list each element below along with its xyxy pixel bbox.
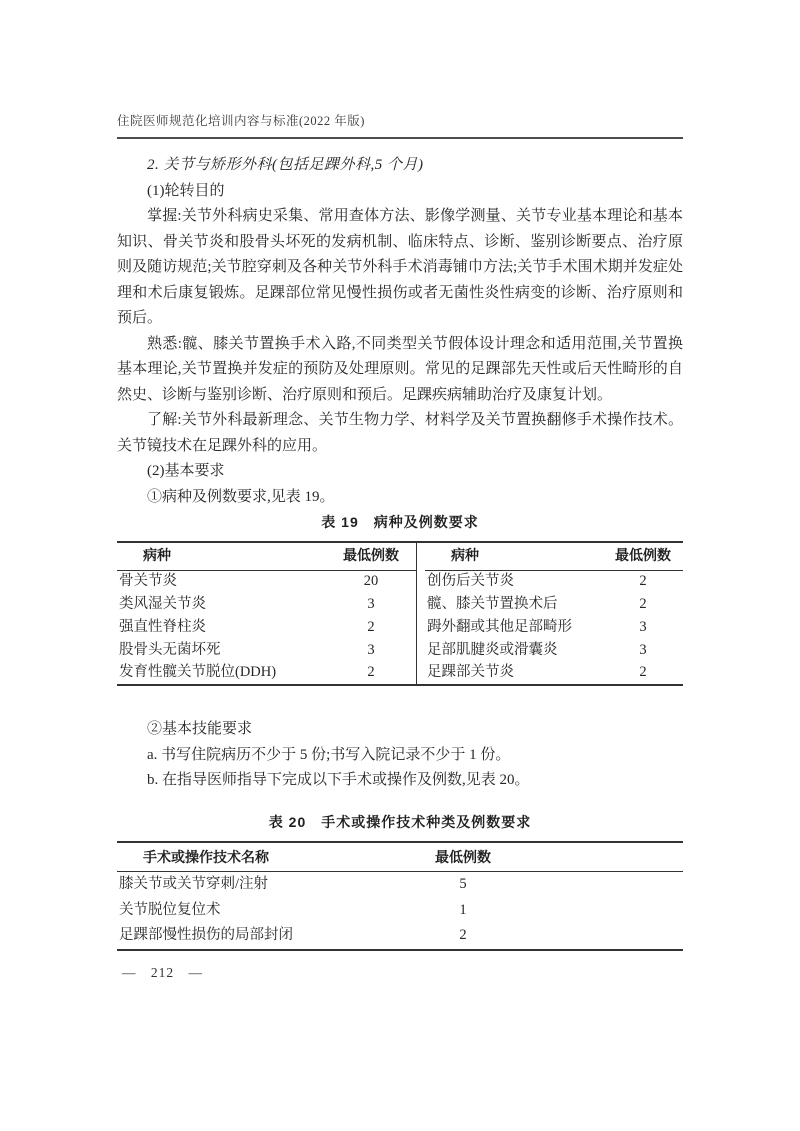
table-row: 足踝部慢性损伤的局部封闭 2 bbox=[117, 923, 683, 949]
table19-header-disease: 病种 bbox=[117, 543, 326, 569]
table20-caption: 表 20 手术或操作技术种类及例数要求 bbox=[117, 810, 683, 836]
disease-name: 足部肌腱炎或滑囊炎 bbox=[425, 638, 603, 664]
disease-name: 𧿹外翻或其他足部畸形 bbox=[425, 615, 603, 641]
paragraph-master: 掌握:关节外科病史采集、常用查体方法、影像学测量、关节专业基本理论和基本知识、骨… bbox=[117, 204, 683, 332]
table-row: 发育性髋关节脱位(DDH) 2 bbox=[117, 662, 416, 685]
min-cases: 2 bbox=[326, 660, 416, 686]
table-row: 足部肌腱炎或滑囊炎 3 bbox=[425, 639, 683, 662]
min-cases: 2 bbox=[603, 569, 683, 595]
table-row: 膝关节或关节穿刺/注射 5 bbox=[117, 872, 683, 898]
table19-header-min-cases: 最低例数 bbox=[603, 543, 683, 569]
min-cases: 20 bbox=[326, 569, 416, 595]
table-row: 足踝部关节炎 2 bbox=[425, 662, 683, 685]
table19-header-min-cases: 最低例数 bbox=[326, 543, 416, 569]
table20-header-procedure: 手术或操作技术名称 bbox=[117, 845, 403, 871]
table-row: 𧿹外翻或其他足部畸形 3 bbox=[425, 616, 683, 639]
page-number: — 212 — bbox=[122, 965, 203, 981]
item-basic-skills: ②基本技能要求 bbox=[117, 717, 683, 743]
min-cases: 2 bbox=[603, 660, 683, 686]
table-row: 髋、膝关节置换术后 2 bbox=[425, 593, 683, 616]
min-cases: 3 bbox=[603, 615, 683, 641]
min-cases: 1 bbox=[403, 898, 523, 924]
subsection-rotation-purpose: (1)轮转目的 bbox=[117, 179, 683, 205]
table-row: 强直性脊柱炎 2 bbox=[117, 616, 416, 639]
section-title: 2. 关节与矫形外科(包括足踝外科,5 个月) bbox=[117, 153, 683, 179]
min-cases: 2 bbox=[403, 923, 523, 949]
disease-name: 骨关节炎 bbox=[117, 569, 326, 595]
disease-name: 股骨头无菌坏死 bbox=[117, 638, 326, 664]
disease-name: 发育性髋关节脱位(DDH) bbox=[117, 660, 326, 686]
table19-header-disease: 病种 bbox=[425, 543, 603, 569]
disease-name: 强直性脊柱炎 bbox=[117, 615, 326, 641]
procedure-name: 关节脱位复位术 bbox=[117, 898, 403, 924]
table-row: 创伤后关节炎 2 bbox=[425, 571, 683, 594]
min-cases: 3 bbox=[326, 638, 416, 664]
main-text-column: 2. 关节与矫形外科(包括足踝外科,5 个月) (1)轮转目的 掌握:关节外科病… bbox=[117, 153, 683, 951]
running-head: 住院医师规范化培训内容与标准(2022 年版) bbox=[117, 111, 683, 139]
item-skill-b: b. 在指导医师指导下完成以下手术或操作及例数,见表 20。 bbox=[117, 768, 683, 794]
item-disease-count-requirement: ①病种及例数要求,见表 19。 bbox=[117, 485, 683, 511]
table19-left-header-row: 病种 最低例数 bbox=[117, 543, 416, 571]
table19-left-group: 病种 最低例数 骨关节炎 20 类风湿关节炎 3 强直性脊柱炎 2 股骨头无菌坏… bbox=[117, 543, 417, 685]
min-cases: 3 bbox=[603, 638, 683, 664]
disease-name: 足踝部关节炎 bbox=[425, 660, 603, 686]
table19: 病种 最低例数 骨关节炎 20 类风湿关节炎 3 强直性脊柱炎 2 股骨头无菌坏… bbox=[117, 541, 683, 687]
table20-header-min-cases: 最低例数 bbox=[403, 845, 523, 871]
table20-header-row: 手术或操作技术名称 最低例数 bbox=[117, 843, 683, 872]
procedure-name: 膝关节或关节穿刺/注射 bbox=[117, 872, 403, 898]
table-row: 类风湿关节炎 3 bbox=[117, 593, 416, 616]
table-row: 股骨头无菌坏死 3 bbox=[117, 639, 416, 662]
subsection-basic-requirements: (2)基本要求 bbox=[117, 459, 683, 485]
procedure-name: 足踝部慢性损伤的局部封闭 bbox=[117, 923, 403, 949]
disease-name: 类风湿关节炎 bbox=[117, 592, 326, 618]
paragraph-familiar: 熟悉:髋、膝关节置换手术入路,不同类型关节假体设计理念和适用范围,关节置换基本理… bbox=[117, 332, 683, 409]
item-skill-a: a. 书写住院病历不少于 5 份;书写入院记录不少于 1 份。 bbox=[117, 743, 683, 769]
min-cases: 5 bbox=[403, 872, 523, 898]
document-page: 住院医师规范化培训内容与标准(2022 年版) 2. 关节与矫形外科(包括足踝外… bbox=[0, 0, 800, 1131]
paragraph-understand: 了解:关节外科最新理念、关节生物力学、材料学及关节置换翻修手术操作技术。关节镜技… bbox=[117, 408, 683, 459]
table20: 手术或操作技术名称 最低例数 膝关节或关节穿刺/注射 5 关节脱位复位术 1 足… bbox=[117, 841, 683, 951]
table-row: 关节脱位复位术 1 bbox=[117, 898, 683, 924]
table-row: 骨关节炎 20 bbox=[117, 571, 416, 594]
disease-name: 髋、膝关节置换术后 bbox=[425, 592, 603, 618]
min-cases: 2 bbox=[326, 615, 416, 641]
min-cases: 3 bbox=[326, 592, 416, 618]
table19-right-header-row: 病种 最低例数 bbox=[425, 543, 683, 571]
table19-caption: 表 19 病种及例数要求 bbox=[117, 510, 683, 536]
table19-right-group: 病种 最低例数 创伤后关节炎 2 髋、膝关节置换术后 2 𧿹外翻或其他足部畸形 … bbox=[417, 543, 683, 685]
min-cases: 2 bbox=[603, 592, 683, 618]
disease-name: 创伤后关节炎 bbox=[425, 569, 603, 595]
